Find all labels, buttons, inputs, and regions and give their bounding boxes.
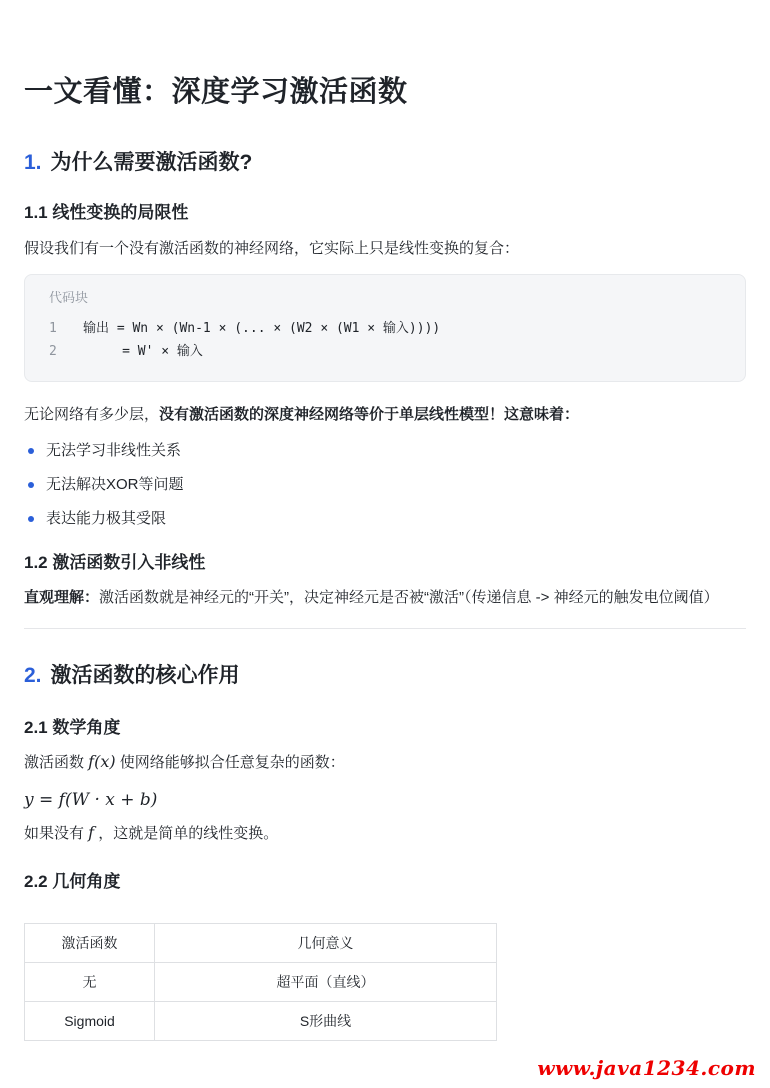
paragraph-math-note: 如果没有 f ，这就是简单的线性变换。 [24,820,746,847]
heading-2-1: 2.1 数学角度 [24,715,746,741]
list-item: 表达能力极其受限 [24,506,746,532]
table-cell-geometry: 超平面（直线） [155,963,497,1002]
inline-math-fx: f(x) [88,752,115,771]
list-item-text: 无法学习非线性关系 [46,442,181,459]
heading-1-1: 1.1 线性变换的局限性 [24,200,746,226]
table-cell-activation: 无 [25,963,155,1002]
conclusion-normal-text: 无论网络有多少层， [24,406,159,423]
math-intro-prefix: 激活函数 [24,754,88,771]
table-header-activation: 激活函数 [25,924,155,963]
document-content: 一文看懂：深度学习激活函数 1.为什么需要激活函数? 1.1 线性变换的局限性 … [0,72,770,1041]
heading-section-2: 2.激活函数的核心作用 [24,661,746,691]
table-cell-activation: Sigmoid [25,1002,155,1041]
table-header-row: 激活函数 几何意义 [25,924,497,963]
heading-section-1: 1.为什么需要激活函数? [24,148,746,178]
table-header-geometry: 几何意义 [155,924,497,963]
paragraph-intuition: 直观理解：激活函数就是神经元的“开关”，决定神经元是否被“激活”（传递信息 ->… [24,584,746,612]
paragraph-linear-intro: 假设我们有一个没有激活函数的神经网络，它实际上只是线性变换的复合： [24,236,746,262]
code-line-text: = W' × 输入 [83,340,203,363]
bullet-dot-icon [28,482,34,488]
geometry-table: 激活函数 几何意义 无 超平面（直线） Sigmoid S形曲线 [24,923,497,1041]
watermark-url: www.java1234.com [537,1056,756,1080]
limitations-list: 无法学习非线性关系 无法解决XOR等问题 表达能力极其受限 [24,438,746,532]
section-2-title: 激活函数的核心作用 [51,664,240,687]
section-1-title: 为什么需要激活函数? [51,151,253,174]
list-item-text: 表达能力极其受限 [46,510,166,527]
paragraph-conclusion: 无论网络有多少层，没有激活函数的深度神经网络等价于单层线性模型！这意味着： [24,402,746,428]
heading-2-2: 2.2 几何角度 [24,869,746,895]
intuition-text: 激活函数就是神经元的“开关”，决定神经元是否被“激活”（传递信息 -> 神经元的… [99,589,719,606]
list-item-text: 无法解决XOR等问题 [46,476,184,493]
code-block: 代码块 1 输出 = Wn × (Wn-1 × (... × (W2 × (W1… [24,274,746,382]
conclusion-bold-text: 没有激活函数的深度神经网络等价于单层线性模型！这意味着： [159,406,579,423]
intuition-bold-label: 直观理解： [24,589,99,606]
document-page: 一文看懂：深度学习激活函数 1.为什么需要激活函数? 1.1 线性变换的局限性 … [0,0,770,1088]
table-row: Sigmoid S形曲线 [25,1002,497,1041]
code-line-2: 2 = W' × 输入 [49,340,721,363]
section-divider [24,628,746,629]
table-row: 无 超平面（直线） [25,963,497,1002]
list-item: 无法解决XOR等问题 [24,472,746,498]
section-1-number: 1. [24,151,42,174]
heading-1-2: 1.2 激活函数引入非线性 [24,550,746,576]
math-note-suffix: ，这就是简单的线性变换。 [94,825,278,842]
math-intro-suffix: 使网络能够拟合任意复杂的函数： [116,754,345,771]
code-line-text: 输出 = Wn × (Wn-1 × (... × (W2 × (W1 × 输入)… [83,317,440,340]
table-cell-geometry: S形曲线 [155,1002,497,1041]
page-title: 一文看懂：深度学习激活函数 [24,72,746,112]
paragraph-math-intro: 激活函数 f(x) 使网络能够拟合任意复杂的函数： [24,749,746,776]
code-line-number: 1 [49,317,83,340]
section-2-number: 2. [24,664,42,687]
code-line-number: 2 [49,340,83,363]
code-line-1: 1 输出 = Wn × (Wn-1 × (... × (W2 × (W1 × 输… [49,317,721,340]
list-item: 无法学习非线性关系 [24,438,746,464]
bullet-dot-icon [28,448,34,454]
bullet-dot-icon [28,516,34,522]
code-block-label: 代码块 [49,289,721,307]
math-note-prefix: 如果没有 [24,825,88,842]
math-formula: y = f(W · x + b) [24,786,746,814]
